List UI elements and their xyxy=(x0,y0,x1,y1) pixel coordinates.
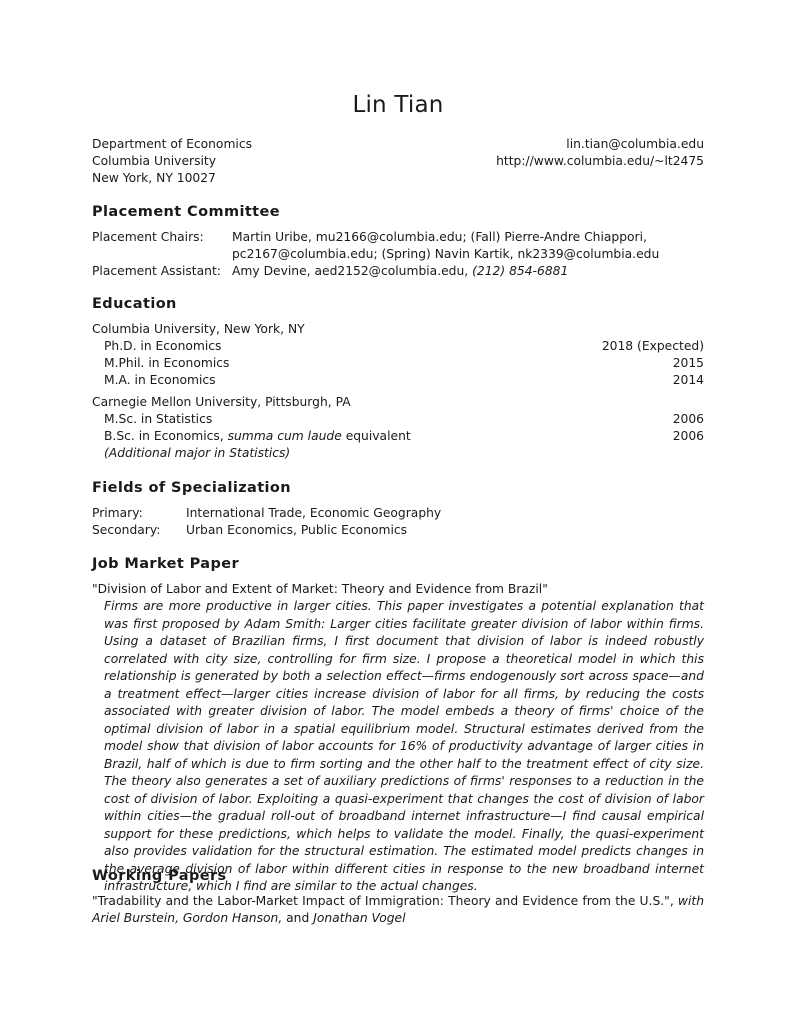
degree: M.Phil. in Economics xyxy=(104,355,229,372)
section-heading-jmp: Job Market Paper xyxy=(92,556,239,572)
chairs-line: pc2167@columbia.edu; (Spring) Navin Kart… xyxy=(232,246,659,263)
degree-suffix: equivalent xyxy=(342,429,411,443)
degree-year: 2015 xyxy=(673,355,704,372)
jmp-abstract: Firms are more productive in larger citi… xyxy=(104,598,704,896)
chairs-line: Martin Uribe, mu2166@columbia.edu; (Fall… xyxy=(232,229,647,246)
assistant-value: Amy Devine, aed2152@columbia.edu, (212) … xyxy=(232,263,568,280)
section-heading-placement: Placement Committee xyxy=(92,204,280,220)
degree-year: 2014 xyxy=(673,372,704,389)
degree: M.Sc. in Statistics xyxy=(104,411,212,428)
address-line: Columbia University xyxy=(92,153,252,170)
working-paper-item: "Tradability and the Labor-Market Impact… xyxy=(92,893,704,927)
address-line: New York, NY 10027 xyxy=(92,170,252,187)
section-heading-education: Education xyxy=(92,296,177,312)
degree-text: B.Sc. in Economics, xyxy=(104,429,228,443)
address-block: Department of Economics Columbia Univers… xyxy=(92,136,252,187)
primary-label: Primary: xyxy=(92,505,143,522)
degree-year: 2006 xyxy=(673,411,704,428)
email-link[interactable]: lin.tian@columbia.edu xyxy=(496,136,704,153)
cv-name: Lin Tian xyxy=(92,92,704,118)
working-paper-and: and xyxy=(282,911,313,925)
section-heading-fields: Fields of Specialization xyxy=(92,480,291,496)
primary-value: International Trade, Economic Geography xyxy=(186,505,441,522)
working-paper-title: "Tradability and the Labor-Market Impact… xyxy=(92,894,678,908)
website-link[interactable]: http://www.columbia.edu/~lt2475 xyxy=(496,153,704,170)
chairs-label: Placement Chairs: xyxy=(92,229,204,246)
working-paper-last-coauthor: Jonathan Vogel xyxy=(313,911,405,925)
assistant-contact: Amy Devine, aed2152@columbia.edu, xyxy=(232,264,472,278)
jmp-title: "Division of Labor and Extent of Market:… xyxy=(92,581,548,598)
degree: M.A. in Economics xyxy=(104,372,216,389)
degree-note: (Additional major in Statistics) xyxy=(104,445,290,462)
school-name: Carnegie Mellon University, Pittsburgh, … xyxy=(92,394,351,411)
degree: B.Sc. in Economics, summa cum laude equi… xyxy=(104,428,411,445)
school-name: Columbia University, New York, NY xyxy=(92,321,305,338)
assistant-label: Placement Assistant: xyxy=(92,263,221,280)
degree-year: 2018 (Expected) xyxy=(602,338,704,355)
degree-honors: summa cum laude xyxy=(228,429,342,443)
contact-block: lin.tian@columbia.edu http://www.columbi… xyxy=(496,136,704,170)
degree: Ph.D. in Economics xyxy=(104,338,221,355)
address-line: Department of Economics xyxy=(92,136,252,153)
secondary-label: Secondary: xyxy=(92,522,160,539)
degree-year: 2006 xyxy=(673,428,704,445)
section-heading-working-papers: Working Papers xyxy=(92,868,227,884)
secondary-value: Urban Economics, Public Economics xyxy=(186,522,407,539)
assistant-phone: (212) 854-6881 xyxy=(472,264,568,278)
